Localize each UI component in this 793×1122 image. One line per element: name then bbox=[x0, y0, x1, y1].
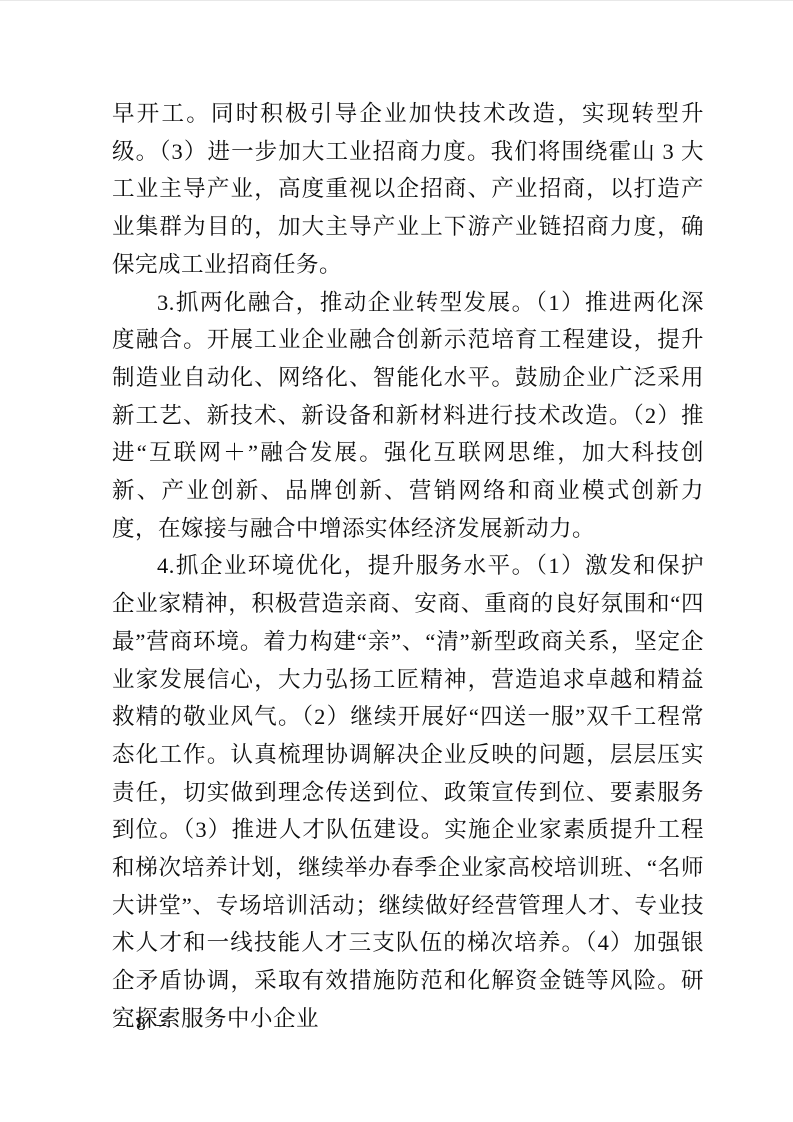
document-body: 早开工。同时积极引导企业加快技术改造，实现转型升级。（3）进一步加大工业招商力度… bbox=[112, 95, 704, 1038]
body-paragraph: 早开工。同时积极引导企业加快技术改造，实现转型升级。（3）进一步加大工业招商力度… bbox=[112, 95, 704, 284]
page-number: – 8 – bbox=[116, 1014, 169, 1035]
body-paragraph: 3.抓两化融合，推动企业转型发展。（1）推进两化深度融合。开展工业企业融合创新示… bbox=[112, 284, 704, 548]
page-footer: – 8 – bbox=[116, 1014, 169, 1036]
body-paragraph: 4.抓企业环境优化，提升服务水平。（1）激发和保护企业家精神，积极营造亲商、安商… bbox=[112, 547, 704, 1037]
document-page: 早开工。同时积极引导企业加快技术改造，实现转型升级。（3）进一步加大工业招商力度… bbox=[0, 0, 793, 1122]
